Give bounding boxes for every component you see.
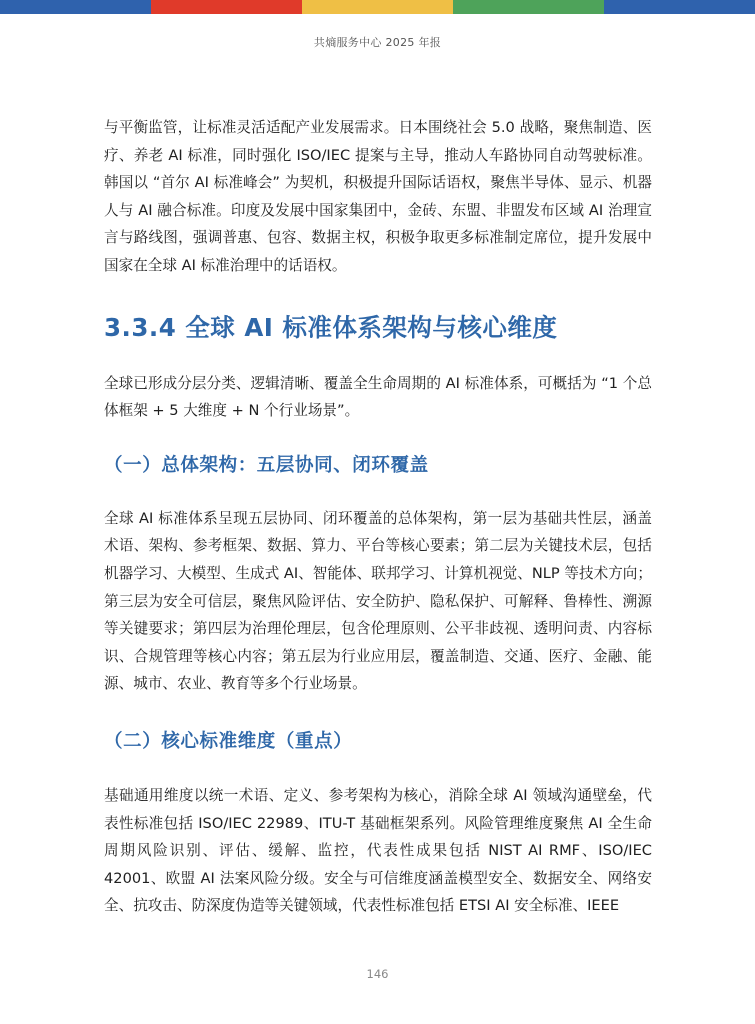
section-heading: 3.3.4 全球 AI 标准体系架构与核心维度 (104, 308, 652, 348)
running-header: 共熵服务中心 2025 年报 (0, 34, 755, 50)
top-color-bar (0, 0, 755, 14)
color-bar-segment-yellow (302, 0, 453, 14)
paragraph-core-dimensions: 基础通用维度以统一术语、定义、参考架构为核心，消除全球 AI 领域沟通壁垒，代表… (104, 782, 652, 920)
paragraph-regional-standards: 与平衡监管，让标准灵活适配产业发展需求。日本围绕社会 5.0 战略，聚焦制造、医… (104, 114, 652, 280)
color-bar-segment-blue-2 (604, 0, 755, 14)
page-number: 146 (0, 967, 755, 981)
subheading-core-dimensions: （二）核心标准维度（重点） (104, 727, 652, 757)
paragraph-framework-summary: 全球已形成分层分类、逻辑清晰、覆盖全生命周期的 AI 标准体系，可概括为 “1 … (104, 370, 652, 425)
page-content: 与平衡监管，让标准灵活适配产业发展需求。日本围绕社会 5.0 战略，聚焦制造、医… (104, 114, 652, 920)
paragraph-five-layers: 全球 AI 标准体系呈现五层协同、闭环覆盖的总体架构，第一层为基础共性层，涵盖术… (104, 505, 652, 698)
color-bar-segment-green (453, 0, 604, 14)
subheading-overall-architecture: （一）总体架构：五层协同、闭环覆盖 (104, 451, 652, 481)
color-bar-segment-blue (0, 0, 151, 14)
color-bar-segment-red (151, 0, 302, 14)
